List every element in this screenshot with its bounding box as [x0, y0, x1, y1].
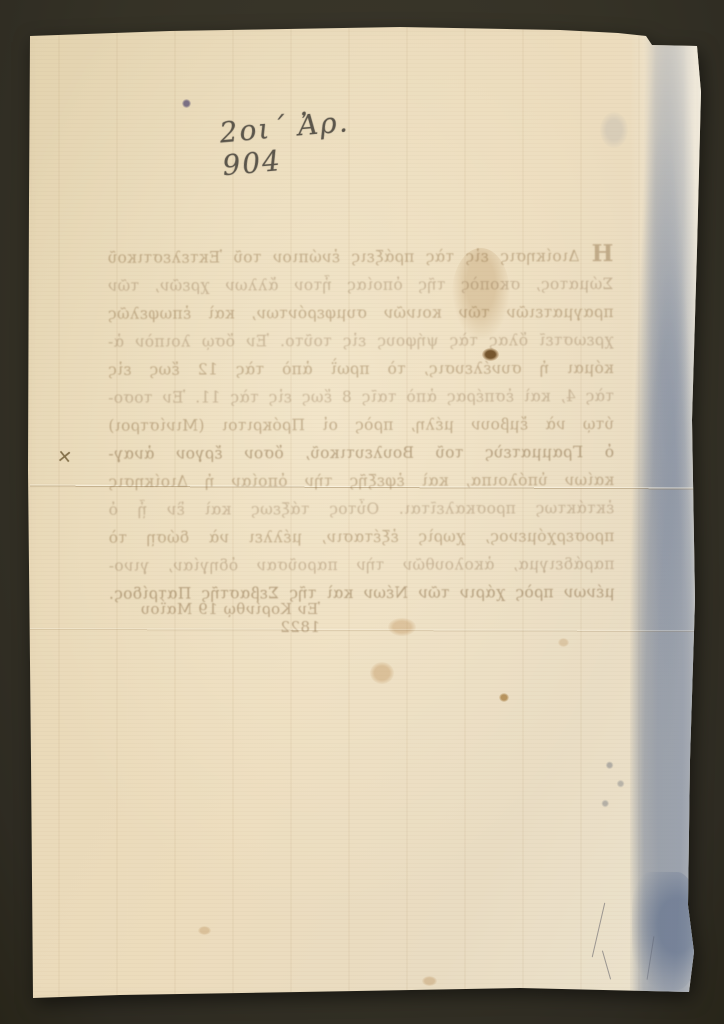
showthrough-line: ἐκτάκτως προσκαλεῖται. Οὗτος τάξεως καὶ …	[108, 494, 614, 524]
showthrough-line: κόμαι ἡ συνέλευσις, τὸ πρωῒ ἀπὸ τὰς 12 ἕ…	[108, 354, 614, 384]
deckled-edge-strip	[630, 28, 702, 994]
grey-smudge	[600, 112, 628, 148]
showthrough-line: Σώματος, σκοπὸς τῆς ὁποίας ἦτον ἄλλων χρ…	[107, 270, 613, 300]
showthrough-line: τὰς 4, καὶ ἑσπέρας ἀπὸ ταῖς 8 ἕως εἰς τὰ…	[108, 382, 614, 412]
paper-crack	[592, 903, 606, 958]
blue-ink-stain	[632, 872, 696, 990]
showthrough-line: παράδειγμα, ἀκολουθῶν τὴν παροῦσαν ὁδηγί…	[108, 550, 614, 580]
paper-shadow-wrap: Η Διοίκησις εἰς τὰς πράξεις ἐνώπιον τοῦ …	[0, 0, 724, 1024]
ink-dot	[182, 99, 191, 108]
showthrough-line: Η Διοίκησις εἰς τὰς πράξεις ἐνώπιον τοῦ …	[107, 240, 613, 272]
showthrough-initial: Η	[591, 240, 614, 267]
showthrough-line: ύτῳ νὰ ἔμβουν μέλη, πρὸς οἱ Πρόκριτοι (Μ…	[108, 410, 614, 440]
foxing-spot	[198, 926, 211, 935]
collation-x-mark: ✕	[56, 446, 73, 468]
showthrough-line: ὁ Γραμματεὺς τοῦ Βουλευτικοῦ, ὅσον ἔργον…	[108, 438, 614, 468]
showthrough-dateline: Ἐν Κορίνθῳ 19 Μαΐου 1822	[130, 600, 320, 636]
showthrough-text-block: Η Διοίκησις εἰς τὰς πράξεις ἐνώπιον τοῦ …	[107, 240, 614, 608]
showthrough-line: προσερχόμενος, χωρὶς ἐξέτασιν, μέλλει νὰ…	[108, 522, 614, 552]
paper-crack	[602, 950, 611, 979]
showthrough-line-text: Διοίκησις εἰς τὰς πράξεις ἐνώπιον τοῦ Ἐκ…	[107, 247, 590, 267]
showthrough-line: χρεωστεῖ ὅλας τὰς ψήφους εἰς τοῦτο. Ἐν ὅ…	[108, 326, 614, 356]
photo-mat: Η Διοίκησις εἰς τὰς πράξεις ἐνώπιον τοῦ …	[0, 0, 724, 1024]
foxing-spot	[422, 976, 437, 986]
ink-freckles	[592, 752, 636, 818]
showthrough-line: καίων ὑπόλοιπα, καὶ ἐφεξῆς τὴν ὁποίαν ἡ …	[108, 466, 614, 496]
document-page-verso: Η Διοίκησις εἰς τὰς πράξεις ἐνώπιον τοῦ …	[0, 0, 724, 1024]
showthrough-line: πραγματειῶν τῶν κοινῶν συμφερόντων, καὶ …	[108, 298, 614, 328]
foxing-spot	[388, 618, 416, 636]
handwritten-archival-number: 2οι΄ Ἀρ. 904	[218, 100, 412, 166]
foxing-spot	[499, 693, 509, 702]
foxing-spot	[558, 638, 569, 647]
foxing-spot	[370, 662, 394, 684]
